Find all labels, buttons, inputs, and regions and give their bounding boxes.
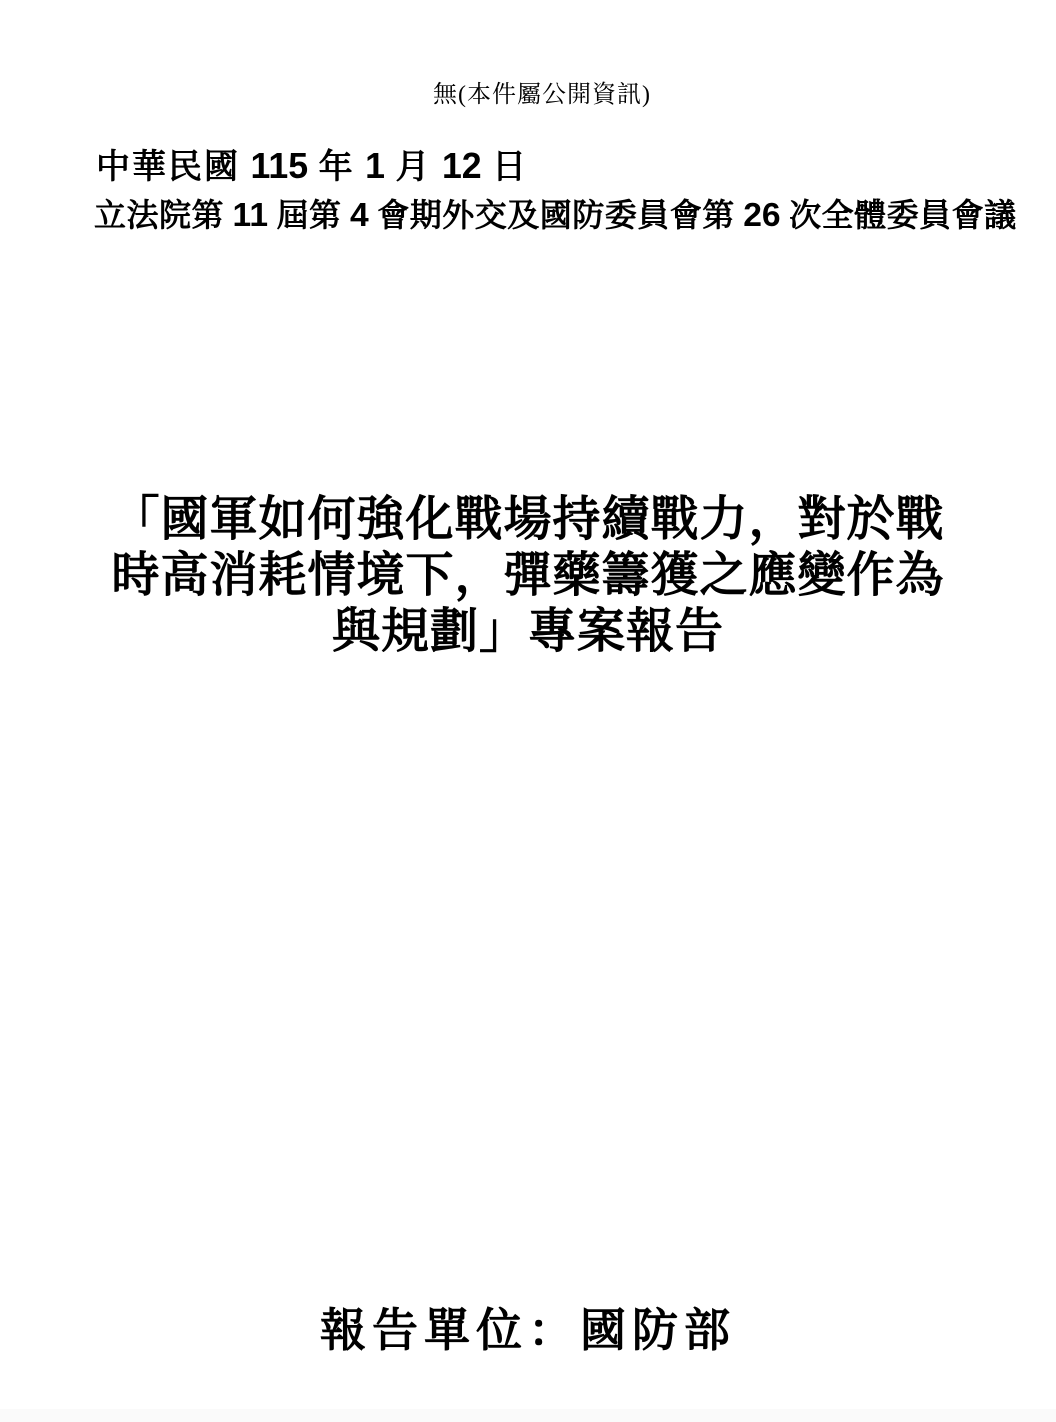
session-line-segment: 屆第 [268,197,350,233]
session-line-segment: 立法院第 [94,197,233,233]
session-meeting-number: 26 [743,197,780,234]
date-line-day-number: 12 [442,146,482,186]
date-line: 中華民國 115 年 1 月 12 日 [96,139,528,188]
report-title-line-1: 「國軍如何強化戰場持續戰力，對於戰 [0,492,1056,548]
report-title: 「國軍如何強化戰場持續戰力，對於戰 時高消耗情境下，彈藥籌獲之應變作為 與規劃」… [0,492,1056,660]
date-line-year-number: 115 [251,146,309,186]
session-period-number: 4 [350,197,369,234]
reporting-unit-line: 報告單位：國防部 [0,1294,1056,1360]
session-term-number: 11 [233,197,269,234]
date-line-segment: 日 [482,149,529,186]
date-line-segment: 年 [308,149,365,186]
report-title-line-2: 時高消耗情境下，彈藥籌獲之應變作為 [0,548,1056,604]
session-line: 立法院第 11 屆第 4 會期外交及國防委員會第 26 次全體委員會議 [94,190,1017,236]
date-line-segment: 中華民國 [96,149,251,186]
page-bottom-edge [0,1409,1056,1422]
date-line-month-number: 1 [365,146,385,186]
session-line-segment: 會期外交及國防委員會第 [369,197,744,233]
session-line-segment: 次全體委員會議 [781,197,1017,233]
document-page: 無(本件屬公開資訊) 中華民國 115 年 1 月 12 日 立法院第 11 屆… [0,0,1056,1422]
report-title-line-3: 與規劃」專案報告 [0,604,1056,660]
classification-note: 無(本件屬公開資訊) [14,74,1056,109]
date-line-segment: 月 [385,149,442,186]
